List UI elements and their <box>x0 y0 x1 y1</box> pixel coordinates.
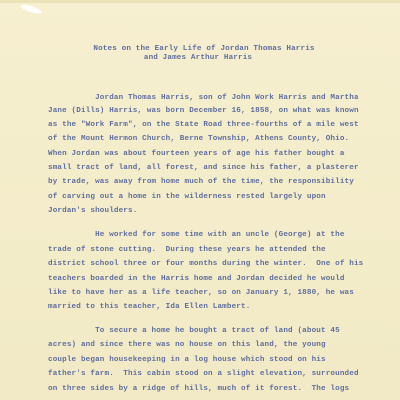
body-line: as the "Work Farm", on the State Road th… <box>48 121 359 129</box>
body-line: couple began housekeeping in a log house… <box>48 356 326 364</box>
body-line: teachers boarded in the Harris home and … <box>48 275 345 283</box>
body-line: like to have her as a life teacher, so o… <box>48 289 354 297</box>
body-line: When Jordan was about fourteen years of … <box>48 150 345 158</box>
body-line: married to this teacher, Ida Ellen Lambe… <box>48 303 250 311</box>
body-line: of the Mount Hermon Church, Berne Townsh… <box>48 135 349 143</box>
body-line: by trade, was away from home much of the… <box>48 178 354 186</box>
body-line: trade of stone cutting. During these yea… <box>48 246 326 254</box>
body-line: district school three or four months dur… <box>48 260 363 268</box>
body-line: of carving out a home in the wilderness … <box>48 193 326 201</box>
body-line: small tract of land, all forest, and sin… <box>48 164 359 172</box>
body-line: Jordan's shoulders. <box>48 207 137 215</box>
body-line: To secure a home he bought a tract of la… <box>48 327 340 335</box>
document-page: Notes on the Early Life of Jordan Thomas… <box>0 0 400 400</box>
paper-tear-mark <box>20 3 43 16</box>
body-line: He worked for some time with an uncle (G… <box>48 231 345 239</box>
body-line: father's farm. This cabin stood on a sli… <box>48 370 359 378</box>
paper-edge <box>0 0 400 3</box>
document-title-line-2: and James Arthur Harris <box>0 54 398 62</box>
body-line: Jordan Thomas Harris, son of John Work H… <box>48 94 359 102</box>
body-line: on three sides by a ridge of hills, much… <box>48 385 349 393</box>
body-line: acres) and since there was no house on t… <box>48 341 326 349</box>
document-title-line-1: Notes on the Early Life of Jordan Thomas… <box>4 45 400 53</box>
body-line: Jane (Dills) Harris, was born December 1… <box>48 107 359 115</box>
